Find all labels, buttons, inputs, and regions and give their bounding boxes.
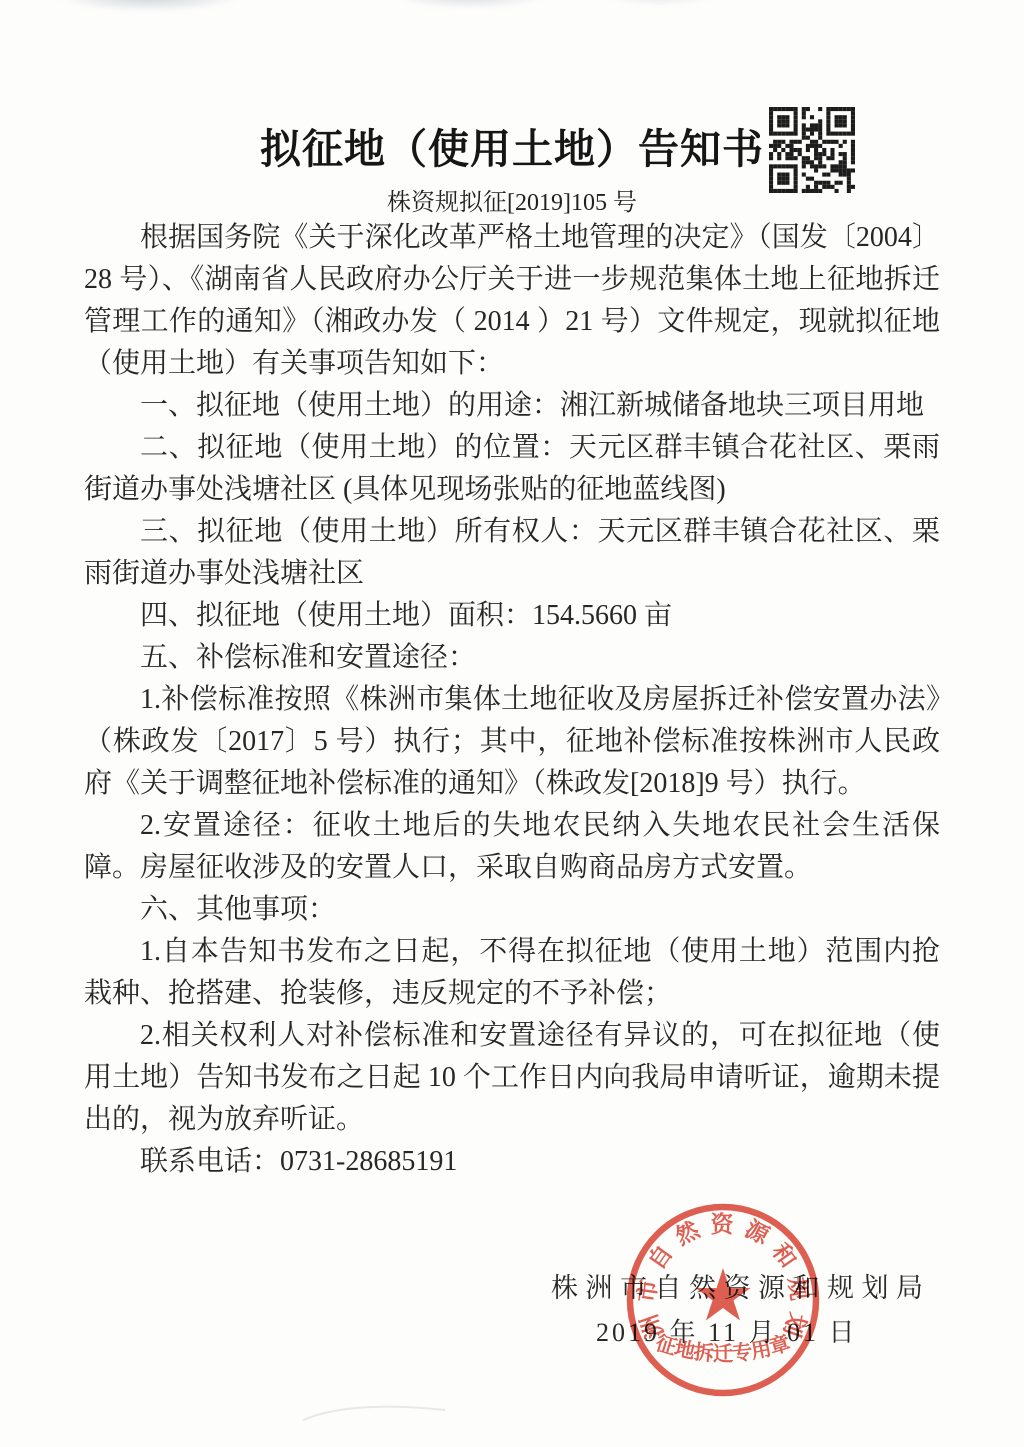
signature-agency: 株洲市自然资源和规划局: [551, 1266, 931, 1305]
body-paragraph: 2.相关权利人对补偿标准和安置途径有异议的，可在拟征地（使用土地）告知书发布之日…: [84, 1015, 940, 1141]
qr-code-icon: [769, 107, 855, 193]
body-paragraph: 二、拟征地（使用土地）的位置：天元区群丰镇合花社区、栗雨街道办事处浅塘社区 (具…: [84, 427, 940, 511]
scan-smudge: [390, 0, 550, 9]
signature-date: 2019 年 11 月 01 日: [596, 1312, 858, 1349]
scan-artifact: [295, 1396, 455, 1426]
body-paragraph: 1.自本告知书发布之日起，不得在拟征地（使用土地）范围内抢栽种、抢搭建、抢装修，…: [84, 931, 940, 1015]
body-paragraph: 根据国务院《关于深化改革严格土地管理的决定》（国发〔2004〕28 号）、《湖南…: [84, 217, 940, 385]
body-paragraph: 联系电话：0731-28685191: [84, 1141, 940, 1183]
body-paragraph: 一、拟征地（使用土地）的用途：湘江新城储备地块三项目用地: [84, 385, 940, 427]
scan-smudge: [600, 0, 720, 6]
body-paragraph: 2.安置途径：征收土地后的失地农民纳入失地农民社会生活保障。房屋征收涉及的安置人…: [84, 805, 940, 889]
document-body: 根据国务院《关于深化改革严格土地管理的决定》（国发〔2004〕28 号）、《湖南…: [84, 217, 940, 1183]
body-paragraph: 1.补偿标准按照《株洲市集体土地征收及房屋拆迁补偿安置办法》（株政发〔2017〕…: [84, 679, 940, 805]
body-paragraph: 五、补偿标准和安置途径：: [84, 637, 940, 679]
scanned-document-page: 拟征地（使用土地）告知书 株资规拟征[2019]105 号 根据国务院《关于深化…: [0, 0, 1024, 1447]
scan-smudge: [55, 0, 245, 12]
body-paragraph: 六、其他事项：: [84, 889, 940, 931]
body-paragraph: 三、拟征地（使用土地）所有权人：天元区群丰镇合花社区、栗雨街道办事处浅塘社区: [84, 511, 940, 595]
body-paragraph: 四、拟征地（使用土地）面积：154.5660 亩: [84, 595, 940, 637]
